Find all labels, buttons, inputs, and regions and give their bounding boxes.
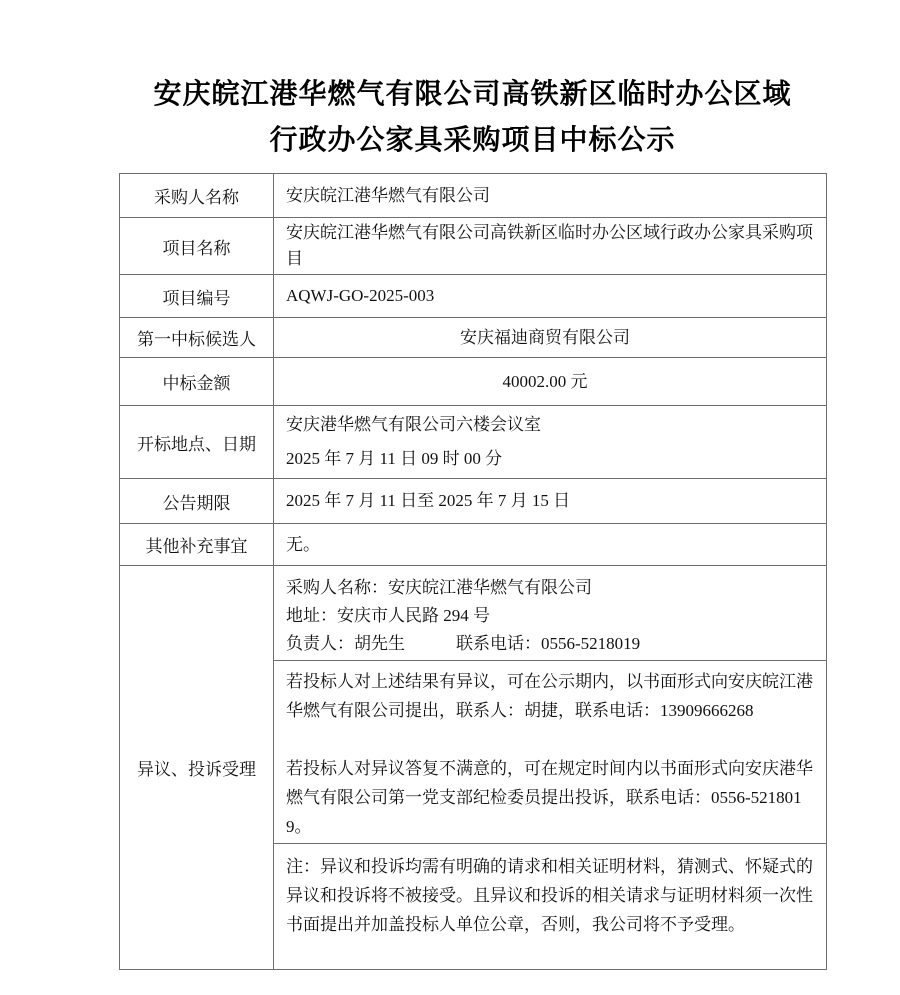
announcement-period-value: 2025 年 7 月 11 日至 2025 年 7 月 15 日: [274, 479, 827, 524]
objection-contact-cell: 采购人名称：安庆皖江港华燃气有限公司 地址：安庆市人民路 294 号 负责人：胡…: [274, 566, 827, 661]
announcement-table: 采购人名称 安庆皖江港华燃气有限公司 项目名称 安庆皖江港华燃气有限公司高铁新区…: [119, 173, 827, 970]
objection-procedure-paragraph-2: 若投标人对异议答复不满意的，可在规定时间内以书面形式向安庆港华燃气有限公司第一党…: [286, 754, 816, 841]
project-name-row: 项目名称 安庆皖江港华燃气有限公司高铁新区临时办公区域行政办公家具采购项目: [120, 218, 827, 275]
project-number-row: 项目编号 AQWJ-GO-2025-003: [120, 275, 827, 318]
project-number-value: AQWJ-GO-2025-003: [274, 275, 827, 318]
announcement-period-label: 公告期限: [120, 479, 274, 524]
objection-purchaser-line: 采购人名称：安庆皖江港华燃气有限公司: [286, 574, 816, 602]
title-line-1: 安庆皖江港华燃气有限公司高铁新区临时办公区域: [119, 72, 826, 118]
opening-location-date-value: 安庆港华燃气有限公司六楼会议室 2025 年 7 月 11 日 09 时 00 …: [274, 406, 827, 479]
objection-contact-row: 异议、投诉受理 采购人名称：安庆皖江港华燃气有限公司 地址：安庆市人民路 294…: [120, 566, 827, 661]
objection-label: 异议、投诉受理: [120, 566, 274, 970]
title-line-2: 行政办公家具采购项目中标公示: [119, 118, 826, 164]
announcement-period-row: 公告期限 2025 年 7 月 11 日至 2025 年 7 月 15 日: [120, 479, 827, 524]
opening-date-line: 2025 年 7 月 11 日 09 时 00 分: [286, 442, 816, 476]
announcement-page: 安庆皖江港华燃气有限公司高铁新区临时办公区域 行政办公家具采购项目中标公示 采购…: [119, 0, 826, 970]
purchaser-name-label: 采购人名称: [120, 174, 274, 218]
page-title: 安庆皖江港华燃气有限公司高铁新区临时办公区域 行政办公家具采购项目中标公示: [119, 72, 826, 164]
opening-location-line: 安庆港华燃气有限公司六楼会议室: [286, 408, 816, 442]
bid-amount-value: 40002.00 元: [274, 358, 827, 406]
objection-procedure-paragraph-1: 若投标人对上述结果有异议，可在公示期内，以书面形式向安庆皖江港华燃气有限公司提出…: [286, 667, 816, 725]
other-matters-row: 其他补充事宜 无。: [120, 524, 827, 566]
project-name-label: 项目名称: [120, 218, 274, 275]
other-matters-value: 无。: [274, 524, 827, 566]
purchaser-name-value: 安庆皖江港华燃气有限公司: [274, 174, 827, 218]
objection-procedure-cell: 若投标人对上述结果有异议，可在公示期内，以书面形式向安庆皖江港华燃气有限公司提出…: [274, 661, 827, 844]
bid-amount-row: 中标金额 40002.00 元: [120, 358, 827, 406]
objection-note-cell: 注：异议和投诉均需有明确的请求和相关证明材料，猜测式、怀疑式的异议和投诉将不被接…: [274, 844, 827, 970]
project-number-label: 项目编号: [120, 275, 274, 318]
bid-amount-label: 中标金额: [120, 358, 274, 406]
opening-location-date-label: 开标地点、日期: [120, 406, 274, 479]
first-winner-row: 第一中标候选人 安庆福迪商贸有限公司: [120, 318, 827, 358]
project-name-value: 安庆皖江港华燃气有限公司高铁新区临时办公区域行政办公家具采购项目: [274, 218, 827, 275]
objection-person-line: 负责人：胡先生 联系电话：0556-5218019: [286, 630, 816, 658]
purchaser-name-row: 采购人名称 安庆皖江港华燃气有限公司: [120, 174, 827, 218]
first-winner-label: 第一中标候选人: [120, 318, 274, 358]
opening-location-date-row: 开标地点、日期 安庆港华燃气有限公司六楼会议室 2025 年 7 月 11 日 …: [120, 406, 827, 479]
first-winner-value: 安庆福迪商贸有限公司: [274, 318, 827, 358]
objection-address-line: 地址：安庆市人民路 294 号: [286, 602, 816, 630]
other-matters-label: 其他补充事宜: [120, 524, 274, 566]
